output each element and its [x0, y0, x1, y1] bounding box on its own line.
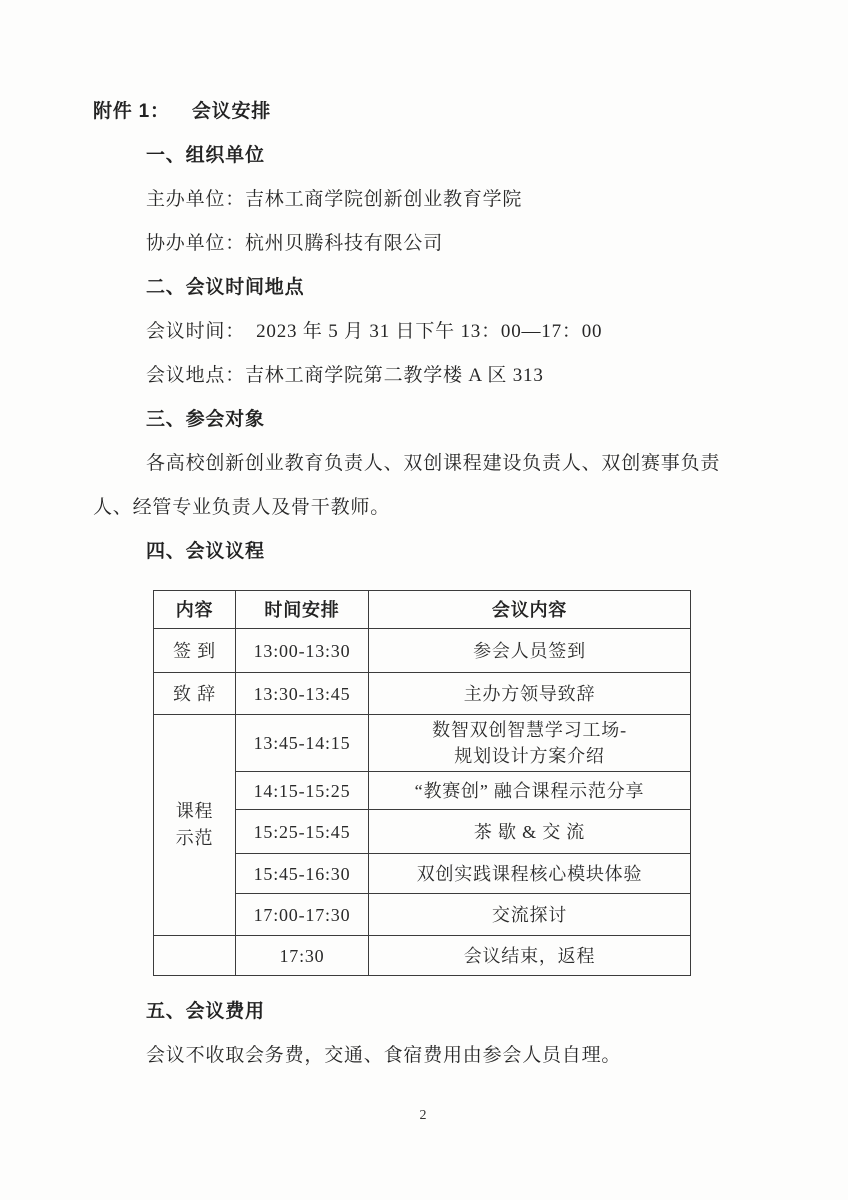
agenda-row-end: 17:30 会议结束，返程	[154, 936, 691, 976]
meeting-time-line: 会议时间： 2023 年 5 月 31 日下午 13：00—17：00	[146, 310, 753, 354]
agenda-row-course-1: 课程示范 13:45-14:15 数智双创智慧学习工场- 规划设计方案介绍	[154, 715, 691, 772]
course-demo-label: 课程示范	[174, 798, 216, 852]
agenda-time-cell: 17:30	[236, 936, 369, 976]
agenda-time-cell: 15:45-16:30	[236, 854, 369, 894]
agenda-time-cell: 13:45-14:15	[236, 715, 369, 772]
agenda-row-speech: 致 辞 13:30-13:45 主办方领导致辞	[154, 673, 691, 715]
section-heading-time-place: 二、会议时间地点	[146, 266, 753, 310]
agenda-detail-cell: 参会人员签到	[369, 629, 691, 673]
agenda-detail-cell: “教赛创” 融合课程示范分享	[369, 772, 691, 810]
attachment-label: 附件 1：	[93, 101, 170, 122]
agenda-detail-cell: 茶 歇 & 交 流	[369, 810, 691, 854]
agenda-detail-cell: 双创实践课程核心模块体验	[369, 854, 691, 894]
section-heading-fees: 五、会议费用	[146, 990, 753, 1034]
agenda-time-cell: 13:00-13:30	[236, 629, 369, 673]
meeting-place-line: 会议地点：吉林工商学院第二教学楼 A 区 313	[146, 354, 753, 398]
section-heading-agenda: 四、会议议程	[146, 530, 753, 574]
agenda-detail-cell: 数智双创智慧学习工场- 规划设计方案介绍	[369, 715, 691, 772]
agenda-header-row: 内容 时间安排 会议内容	[154, 591, 691, 629]
document-title: 会议安排	[192, 101, 271, 122]
agenda-row-signin: 签 到 13:00-13:30 参会人员签到	[154, 629, 691, 673]
attendees-paragraph: 各高校创新创业教育负责人、双创课程建设负责人、双创赛事负责人、经管专业负责人及骨…	[93, 442, 753, 530]
agenda-detail-cell: 会议结束，返程	[369, 936, 691, 976]
agenda-label-cell: 致 辞	[154, 673, 236, 715]
host-unit-line: 主办单位：吉林工商学院创新创业教育学院	[146, 178, 753, 222]
agenda-header-time: 时间安排	[236, 591, 369, 629]
page-number: 2	[93, 1106, 753, 1126]
agenda-detail-cell: 主办方领导致辞	[369, 673, 691, 715]
agenda-label-cell: 签 到	[154, 629, 236, 673]
page-title: 附件 1：会议安排	[93, 90, 753, 134]
agenda-label-cell	[154, 936, 236, 976]
agenda-time-cell: 14:15-15:25	[236, 772, 369, 810]
agenda-time-cell: 17:00-17:30	[236, 894, 369, 936]
section-heading-attendees: 三、参会对象	[146, 398, 753, 442]
co-host-unit-line: 协办单位：杭州贝腾科技有限公司	[146, 222, 753, 266]
document-page: 附件 1：会议安排 一、组织单位 主办单位：吉林工商学院创新创业教育学院 协办单…	[0, 0, 848, 1200]
fees-paragraph: 会议不收取会务费，交通、食宿费用由参会人员自理。	[146, 1034, 753, 1078]
agenda-time-cell: 15:25-15:45	[236, 810, 369, 854]
agenda-header-detail: 会议内容	[369, 591, 691, 629]
agenda-time-cell: 13:30-13:45	[236, 673, 369, 715]
agenda-table: 内容 时间安排 会议内容 签 到 13:00-13:30 参会人员签到 致 辞 …	[153, 590, 691, 976]
section-heading-org: 一、组织单位	[146, 134, 753, 178]
agenda-detail-cell: 交流探讨	[369, 894, 691, 936]
agenda-group-label-cell: 课程示范	[154, 715, 236, 936]
agenda-header-content: 内容	[154, 591, 236, 629]
